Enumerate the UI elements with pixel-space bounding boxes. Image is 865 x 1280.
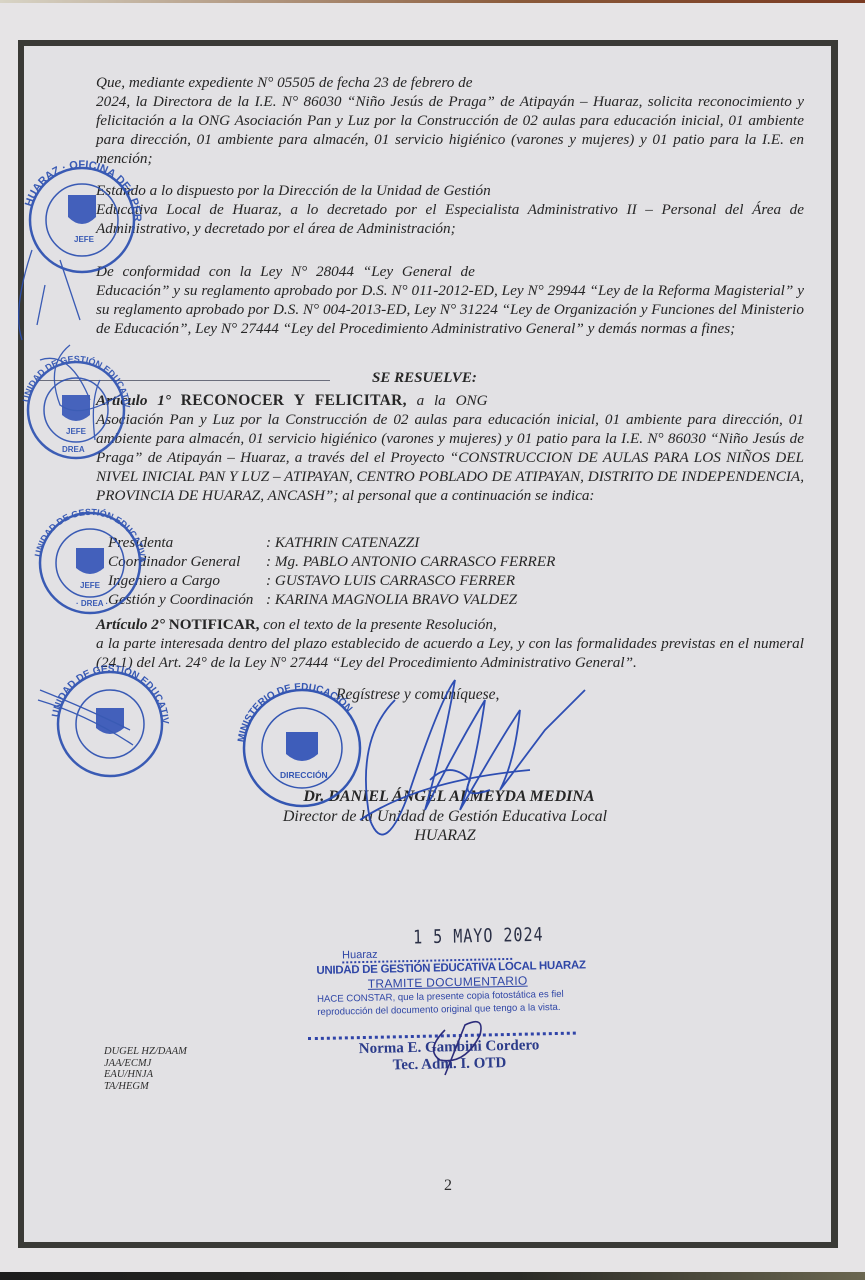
paragraph-3-body: Educación” y su reglamento aprobado por …	[96, 281, 804, 338]
document-page: Que, mediante expediente N° 05505 de fec…	[0, 0, 865, 1280]
article-1-label: Artículo 1°	[96, 392, 171, 409]
personnel-row: Presidenta: KATHRIN CATENAZZI	[108, 533, 555, 552]
paragraph-2-lead: Estando a lo dispuesto por la Dirección …	[96, 181, 804, 200]
personnel-role: Presidenta	[108, 533, 266, 552]
article-1-action: RECONOCER Y FELICITAR,	[181, 392, 407, 409]
initials-line: EAU/HNJA	[104, 1069, 187, 1081]
signatory-city: HUARAZ	[250, 827, 640, 845]
article-1-lead: Artículo 1° RECONOCER Y FELICITAR, a la …	[96, 391, 804, 410]
signatory-name: Dr. DANIEL ÁNGEL ALMEYDA MEDINA	[254, 788, 644, 806]
personnel-role: Coordinador General	[108, 552, 266, 571]
photo-bottom-edge	[0, 1272, 865, 1280]
paragraph-1-body: 2024, la Directora de la I.E. N° 86030 “…	[96, 92, 804, 168]
article-1-lead-text: a la ONG	[417, 392, 488, 409]
personnel-role: Ingeniero a Cargo	[108, 571, 266, 590]
personnel-name: : KATHRIN CATENAZZI	[266, 534, 419, 551]
initials-line: DUGEL HZ/DAAM	[104, 1046, 187, 1058]
paragraph-1-lead: Que, mediante expediente N° 05505 de fec…	[96, 73, 804, 92]
article-2-action: NOTIFICAR,	[169, 616, 260, 633]
reference-initials: DUGEL HZ/DAAM JAA/ECMJ EAU/HNJA TA/HEGM	[104, 1046, 187, 1092]
personnel-row: Ingeniero a Cargo: GUSTAVO LUIS CARRASCO…	[108, 571, 555, 590]
paragraph-3-lead: De conformidad con la Ley N° 28044 “Ley …	[96, 262, 804, 281]
article-2-lead-text: con el texto de la presente Resolución,	[263, 616, 497, 633]
article-1: Artículo 1° RECONOCER Y FELICITAR, a la …	[96, 391, 804, 505]
personnel-name: : GUSTAVO LUIS CARRASCO FERRER	[266, 572, 515, 589]
considerando-paragraph-2: Estando a lo dispuesto por la Dirección …	[96, 181, 804, 238]
personnel-row: Gestión y Coordinación: KARINA MAGNOLIA …	[108, 590, 555, 609]
separator-line	[38, 380, 330, 381]
article-2: Artículo 2° NOTIFICAR, con el texto de l…	[96, 615, 804, 672]
signatory-title: Director de la Unidad de Gestión Educati…	[250, 808, 640, 826]
certification-stamp: Huaraz UNIDAD DE GESTIÓN EDUCATIVA LOCAL…	[316, 945, 581, 1076]
personnel-list: Presidenta: KATHRIN CATENAZZI Coordinado…	[108, 533, 555, 609]
initials-line: JAA/ECMJ	[104, 1058, 187, 1070]
personnel-name: : KARINA MAGNOLIA BRAVO VALDEZ	[266, 591, 517, 608]
article-2-body: a la parte interesada dentro del plazo e…	[96, 634, 804, 672]
initials-line: TA/HEGM	[104, 1081, 187, 1093]
page-number: 2	[444, 1177, 452, 1195]
paragraph-2-body: Educativa Local de Huaraz, a lo decretad…	[96, 200, 804, 238]
article-1-body: Asociación Pan y Luz por la Construcción…	[96, 410, 804, 505]
considerando-paragraph-1: Que, mediante expediente N° 05505 de fec…	[96, 73, 804, 168]
personnel-name: : Mg. PABLO ANTONIO CARRASCO FERRER	[266, 553, 555, 570]
considerando-paragraph-3: De conformidad con la Ley N° 28044 “Ley …	[96, 262, 804, 338]
personnel-role: Gestión y Coordinación	[108, 590, 266, 609]
certification-text: HACE CONSTAR, que la presente copia foto…	[317, 989, 579, 1019]
resolve-heading: SE RESUELVE:	[372, 369, 477, 388]
article-2-lead: Artículo 2° NOTIFICAR, con el texto de l…	[96, 615, 804, 634]
personnel-row: Coordinador General: Mg. PABLO ANTONIO C…	[108, 552, 555, 571]
article-2-label: Artículo 2°	[96, 616, 165, 633]
closing-formula: Regístrese y comuníquese,	[336, 686, 499, 704]
